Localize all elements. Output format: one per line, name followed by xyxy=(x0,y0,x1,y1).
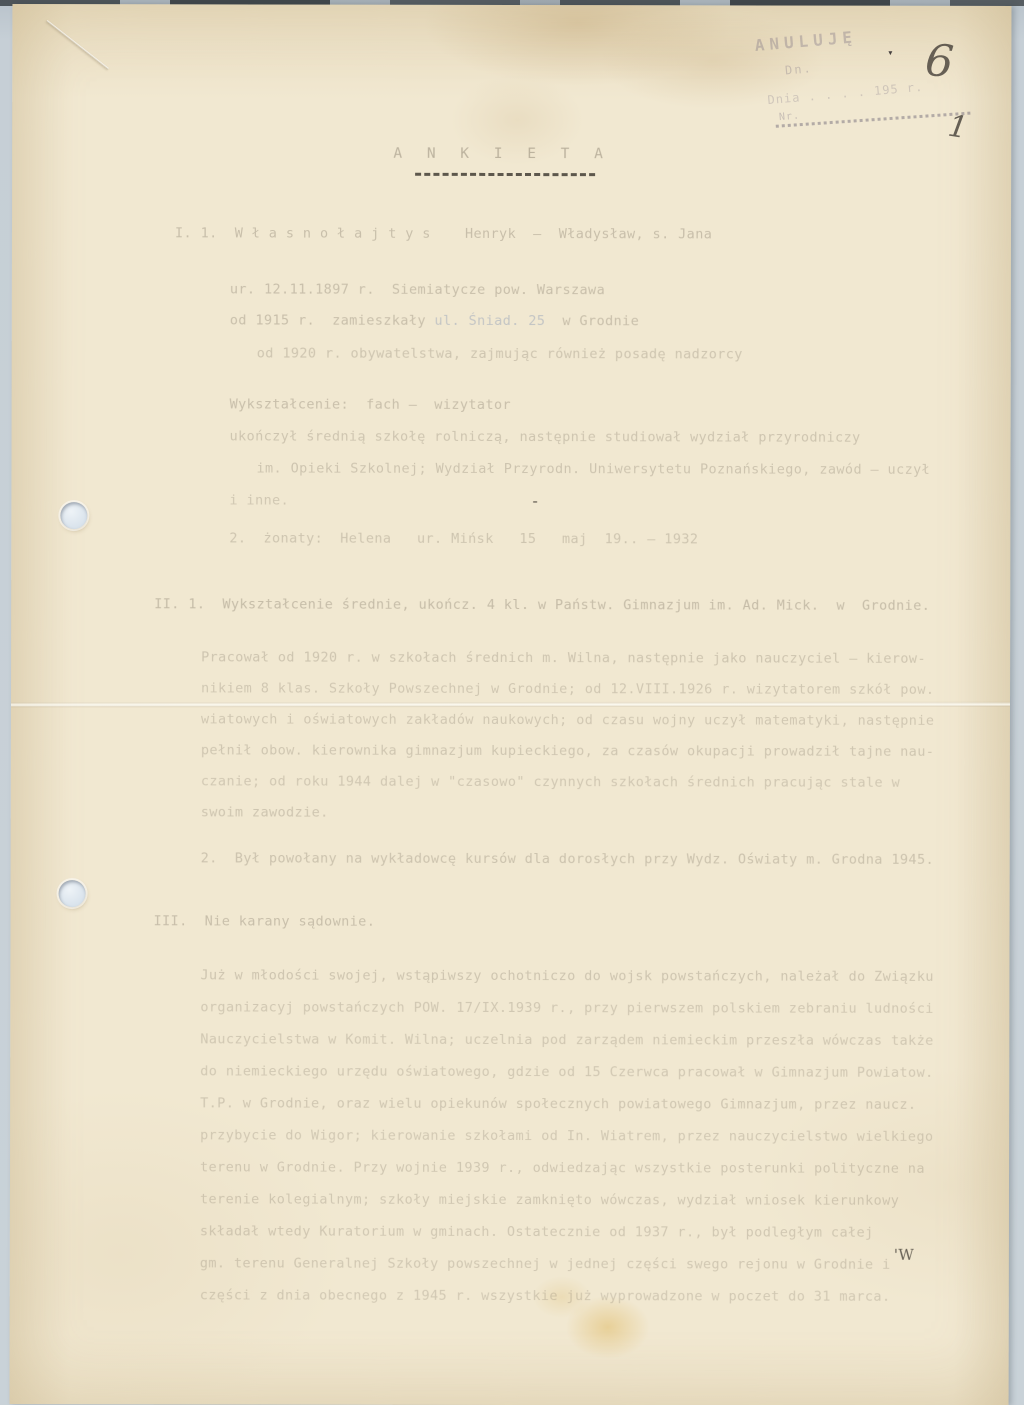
stamp-text: Dn. xyxy=(784,61,813,77)
stamp-text: ANULUJĘ xyxy=(754,16,995,55)
stamp-text: Dnia . . . . 195 r. xyxy=(767,80,924,107)
typed-line: terenu w Grodnie. Przy wojnie 1939 r., o… xyxy=(200,1159,925,1177)
typed-line: gm. terenu Generalnej Szkoły powszechnej… xyxy=(200,1255,891,1272)
typed-line: od 1915 r. zamieszkały ul. Śniad. 25 w G… xyxy=(230,312,639,329)
document-title: A N K I E T A xyxy=(384,146,620,162)
typed-line: swoim zawodzie. xyxy=(201,804,329,820)
scanned-document: ANULUJĘ Dn. Dnia . . . . 195 r. Nr. ▾ 6 … xyxy=(0,0,1024,1405)
handwritten-page-number: 6 xyxy=(923,35,955,88)
typed-line: II. 1. Wykształcenie średnie, ukończ. 4 … xyxy=(154,596,930,614)
typed-line: im. Opieki Szkolnej; Wydział Przyrodn. U… xyxy=(256,460,930,477)
typed-line: Pracował od 1920 r. w szkołach średnich … xyxy=(201,649,926,667)
typed-line: terenie kolegialnym; szkoły miejskie zam… xyxy=(200,1191,899,1208)
typed-line: pełnił obow. kierownika gimnazjum kupiec… xyxy=(201,742,934,760)
typed-line: Nauczycielstwa w Komit. Wilna; uczelnia … xyxy=(200,1031,933,1049)
corner-crease xyxy=(46,20,109,70)
typed-line: od 1920 r. obywatelstwa, zajmując równie… xyxy=(257,345,743,362)
typed-line: Wykształcenie: fach — wizytator xyxy=(230,396,511,413)
title-underline xyxy=(415,173,595,176)
typed-line: 2. Był powołany na wykładowcę kursów dla… xyxy=(201,850,934,868)
typed-line: T.P. w Grodnie, oraz wielu opiekunów spo… xyxy=(200,1095,916,1113)
typed-line: ukończył średnią szkołę rolniczą, następ… xyxy=(230,428,861,445)
typed-line: ur. 12.11.1897 r. Siemiatycze pow. Warsz… xyxy=(230,281,605,298)
typed-line: i inne. xyxy=(229,492,289,508)
typed-line: do niemieckiego urzędu oświatowego, gdzi… xyxy=(200,1063,933,1081)
typed-line: 2. żonaty: Helena ur. Mińsk 15 maj 19.. … xyxy=(229,530,698,547)
anuluje-stamp: ANULUJĘ Dn. Dnia . . . . 195 r. Nr. xyxy=(754,16,995,55)
typed-line: nikiem 8 klas. Szkoły Powszechnej w Grod… xyxy=(201,680,934,698)
fold-crease xyxy=(11,702,1010,708)
stamp-signature-line xyxy=(776,112,971,128)
ink-speck: ▾ xyxy=(887,48,893,59)
handwritten-margin-mark: 1 xyxy=(946,109,970,147)
document-page: ANULUJĘ Dn. Dnia . . . . 195 r. Nr. ▾ 6 … xyxy=(10,4,1012,1405)
stamp-text: Nr. xyxy=(779,110,801,123)
typed-line: składał wtedy Kuratorium w gminach. Osta… xyxy=(200,1223,874,1240)
typed-line: przybycie do Wigor; kierowanie szkołami … xyxy=(200,1127,933,1145)
typed-line: III. Nie karany sądownie. xyxy=(154,913,376,929)
handwritten-mark: 'W xyxy=(894,1246,914,1264)
typed-line: I. 1. W ł a s n o ł a j t y s Henryk — W… xyxy=(175,225,712,242)
typed-line: organizacyj powstańczych POW. 17/IX.1939… xyxy=(200,999,933,1017)
typed-line: wiatowych i oświatowych zakładów naukowy… xyxy=(201,711,934,729)
typed-line: części z dnia obecnego z 1945 r. wszystk… xyxy=(200,1287,891,1304)
typed-line: Już w młodości swojej, wstąpiwszy ochotn… xyxy=(200,967,933,985)
punch-hole xyxy=(60,502,87,529)
punch-hole xyxy=(59,880,86,907)
handwritten-mark: - xyxy=(532,491,538,510)
typed-line: czanie; od roku 1944 dalej w "czasowo" c… xyxy=(201,773,900,790)
